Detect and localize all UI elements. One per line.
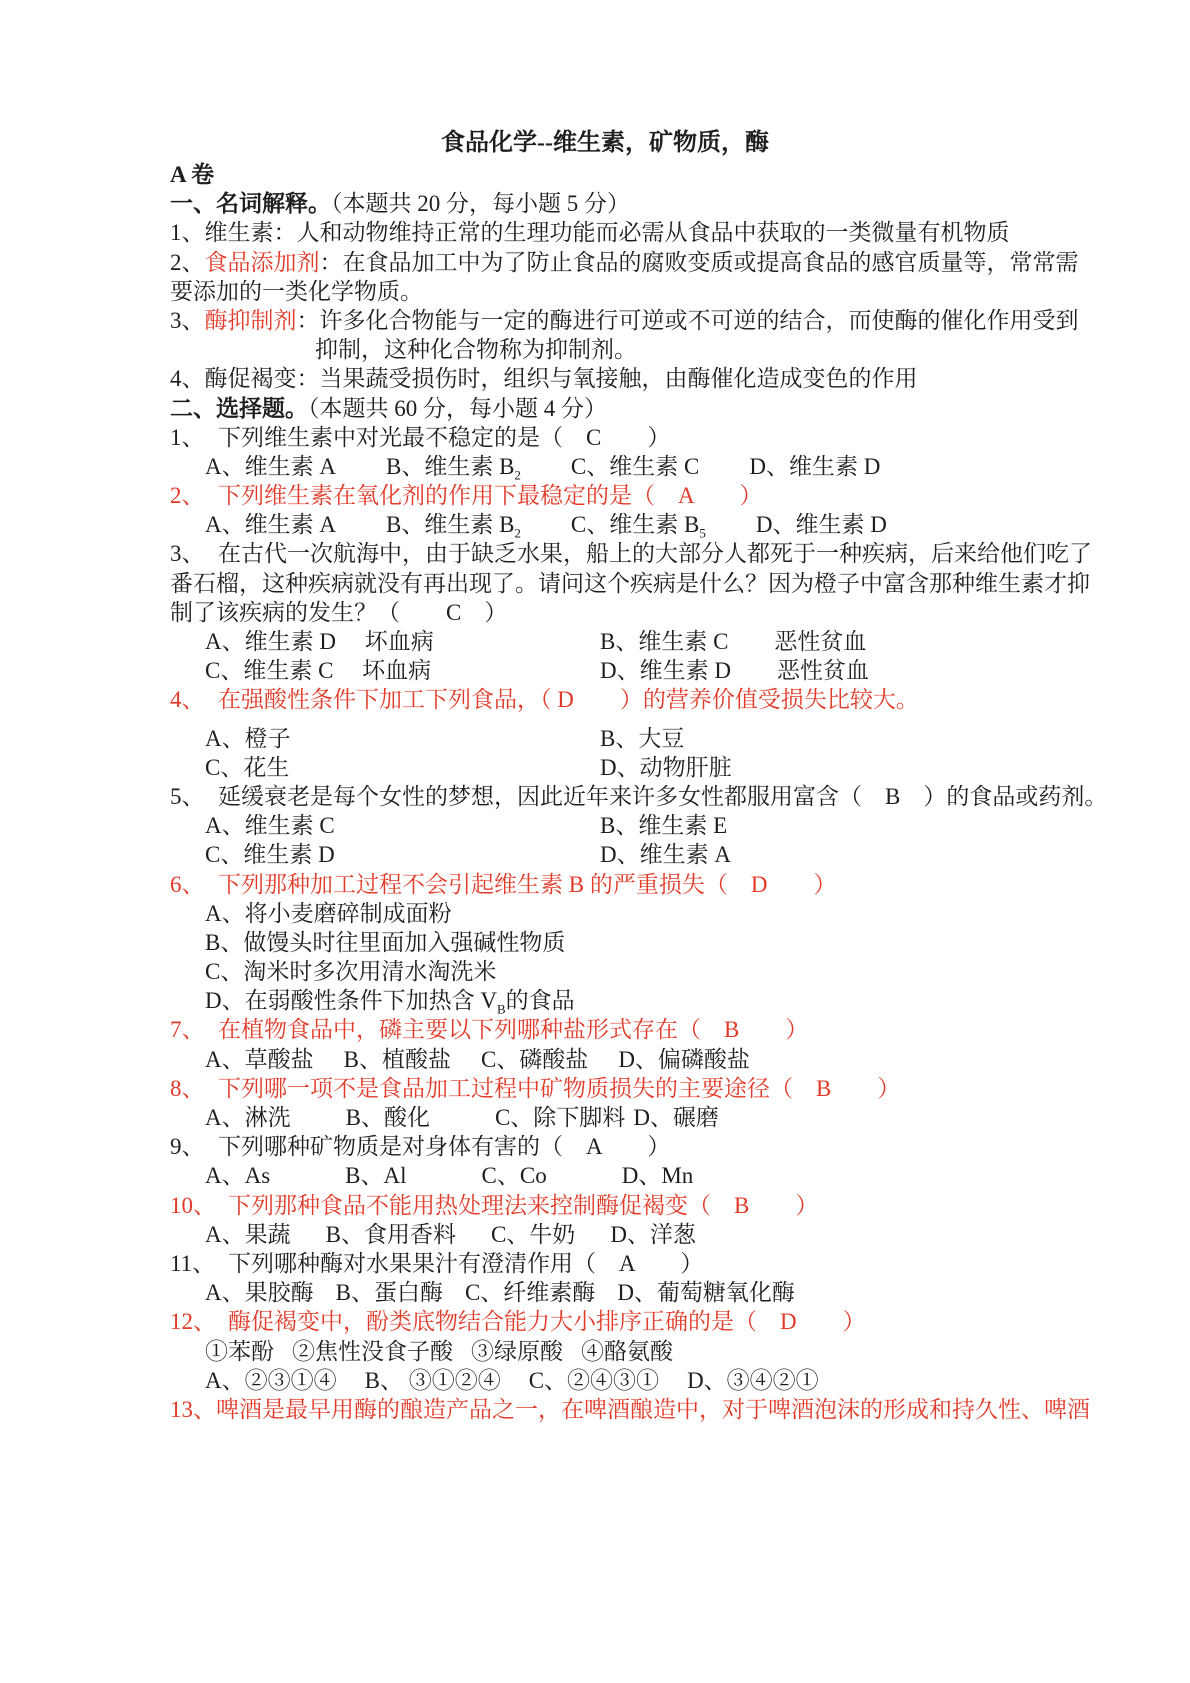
option-d: D、Mn (622, 1163, 694, 1188)
question-3-options-row-2: C、维生素 C 坏血病D、维生素 D 恶性贫血 (170, 656, 1040, 685)
option-c: C、磷酸盐 (481, 1047, 588, 1072)
option-c: C、维生素 C (571, 454, 699, 479)
question-8-num: 8、 (170, 1074, 218, 1103)
option-c: C、Co (482, 1163, 547, 1188)
option-a: A、将小麦磨碎制成面粉 (205, 901, 452, 926)
option-d-text-post: 的食品 (506, 988, 575, 1013)
option-c-text: C、维生素 B (571, 512, 699, 537)
question-7-text: 在植物食品中，磷主要以下列哪种盐形式存在（ B ） (218, 1017, 808, 1042)
option-c: C、维生素 B5 (571, 512, 706, 537)
term-item-4: 4、酶促褐变：当果蔬受损伤时，组织与氧接触，由酶催化造成变色的作用 (170, 364, 1040, 393)
question-10-stem: 10、下列那种食品不能用热处理法来控制酶促褐变（ B ） (170, 1191, 1040, 1220)
option-c: C、维生素 C 坏血病 (205, 656, 600, 685)
term-2-name: 食品添加剂 (205, 250, 320, 275)
question-1-stem: 1、下列维生素中对光最不稳定的是（ C ） (170, 423, 1040, 452)
question-1-text: 下列维生素中对光最不稳定的是（ C ） (218, 425, 670, 450)
option-d: D、偏磷酸盐 (618, 1047, 750, 1072)
question-8-options: A、淋洗B、酸化C、除下脚料D、碾磨 (170, 1103, 1040, 1132)
option-b: B、酸化 (346, 1105, 430, 1130)
question-8-stem: 8、下列哪一项不是食品加工过程中矿物质损失的主要途径（ B ） (170, 1074, 1040, 1103)
substrate-item-1: ①苯酚 (205, 1339, 274, 1364)
question-3-stem-cont2: 制了该疾病的发生？（ C ） (170, 598, 1040, 627)
term-1-definition: 人和动物维持正常的生理功能而必需从食品中获取的一类微量有机物质 (297, 220, 1010, 245)
question-2-text: 下列维生素在氧化剂的作用下最稳定的是（ A ） (218, 483, 762, 508)
option-c: C、花生 (205, 753, 600, 782)
question-5-text: 延缓衰老是每个女性的梦想，因此近年来许多女性都服用富含（ B ）的食品或药剂。 (218, 784, 1107, 809)
question-9-stem: 9、下列哪种矿物质是对身体有害的（ A ） (170, 1132, 1040, 1161)
option-b: B、做馒头时往里面加入强碱性物质 (205, 930, 565, 955)
term-3-colon: ： (297, 308, 320, 333)
question-8-text: 下列哪一项不是食品加工过程中矿物质损失的主要途径（ B ） (218, 1076, 900, 1101)
option-d: D、③④②① (687, 1368, 819, 1393)
option-b-text: B、维生素 B (386, 454, 514, 479)
option-a: A、As (205, 1163, 270, 1188)
question-3-stem: 3、在古代一次航海中，由于缺乏水果，船上的大部分人都死于一种疾病，后来给他们吃了 (170, 539, 1040, 568)
question-5-num: 5、 (170, 782, 218, 811)
question-6-option-b: B、做馒头时往里面加入强碱性物质 (170, 928, 1040, 957)
question-7-stem: 7、在植物食品中，磷主要以下列哪种盐形式存在（ B ） (170, 1015, 1040, 1044)
option-a: A、草酸盐 (205, 1047, 314, 1072)
question-3-text-2: 番石榴，这种疾病就没有再出现了。请问这个疾病是什么？因为橙子中富含那种维生素才抑 (170, 571, 1090, 596)
question-11-text: 下列哪种酶对水果果汁有澄清作用（ A ） (228, 1251, 703, 1276)
option-d: D、葡萄糖氧化酶 (617, 1280, 795, 1305)
term-3-num: 3、 (170, 308, 205, 333)
question-3-options-row-1: A、维生素 D 坏血病B、维生素 C 恶性贫血 (170, 627, 1040, 656)
term-item-3: 3、酶抑制剂：许多化合物能与一定的酶进行可逆或不可逆的结合，而使酶的催化作用受到 (170, 306, 1040, 335)
question-12-items: ①苯酚②焦性没食子酸③绿原酸④酪氨酸 (170, 1337, 1040, 1366)
option-d: D、在弱酸性条件下加热含 VB的食品 (205, 988, 575, 1013)
option-a: A、②③①④ (205, 1368, 337, 1393)
question-5-options-row-2: C、维生素 DD、维生素 A (170, 840, 1040, 869)
option-b: B、Al (345, 1163, 406, 1188)
question-5-stem: 5、延缓衰老是每个女性的梦想，因此近年来许多女性都服用富含（ B ）的食品或药剂… (170, 782, 1040, 811)
term-4-definition: 当果蔬受损伤时，组织与氧接触，由酶催化造成变色的作用 (320, 366, 918, 391)
option-d: D、维生素 A (600, 842, 731, 867)
question-13-num: 13、 (170, 1397, 216, 1422)
question-12-options: A、②③①④B、 ③①②④C、②④③①D、③④②① (170, 1366, 1040, 1395)
question-6-option-d: D、在弱酸性条件下加热含 VB的食品 (170, 986, 1040, 1015)
term-item-2: 2、食品添加剂：在食品加工中为了防止食品的腐败变质或提高食品的感官质量等，常常需 (170, 248, 1040, 277)
question-3-text-1: 在古代一次航海中，由于缺乏水果，船上的大部分人都死于一种疾病，后来给他们吃了 (218, 541, 1092, 566)
option-b: B、维生素 C 恶性贫血 (600, 629, 866, 654)
option-a: A、维生素 D 坏血病 (205, 627, 600, 656)
choice-section-heading: 二、选择题。（本题共 60 分，每小题 4 分） (170, 394, 1040, 423)
option-b-text: B、维生素 B (386, 512, 514, 537)
question-2-num: 2、 (170, 481, 218, 510)
question-4-options-row-1: A、橙子B、大豆 (170, 724, 1040, 753)
term-1-num: 1、 (170, 220, 205, 245)
question-2-stem: 2、下列维生素在氧化剂的作用下最稳定的是（ A ） (170, 481, 1040, 510)
question-13-stem: 13、啤酒是最早用酶的酿造产品之一，在啤酒酿造中，对于啤酒泡沫的形成和持久性、啤… (170, 1395, 1040, 1424)
option-d: D、维生素 D (756, 512, 887, 537)
question-2-options: A、维生素 AB、维生素 B2C、维生素 B5D、维生素 D (170, 510, 1040, 539)
option-c: C、牛奶 (491, 1222, 575, 1247)
option-c: C、淘米时多次用清水淘洗米 (205, 959, 496, 984)
question-4-stem: 4、在强酸性条件下加工下列食品，（ D ）的营养价值受损失比较大。 (170, 685, 1040, 714)
question-11-stem: 11、下列哪种酶对水果果汁有澄清作用（ A ） (170, 1249, 1040, 1278)
option-a: A、淋洗 (205, 1105, 291, 1130)
option-d: D、维生素 D 恶性贫血 (600, 658, 869, 683)
option-c: C、②④③① (529, 1368, 659, 1393)
option-c: C、维生素 D (205, 840, 600, 869)
option-a: A、果蔬 (205, 1222, 291, 1247)
question-12-num: 12、 (170, 1307, 228, 1336)
option-b: B、植酸盐 (344, 1047, 451, 1072)
term-item-2-cont: 要添加的一类化学物质。 (170, 277, 1040, 306)
option-b: B、维生素 B2 (386, 454, 521, 479)
option-d: D、洋葱 (610, 1222, 696, 1247)
question-1-options: A、维生素 AB、维生素 B2C、维生素 CD、维生素 D (170, 452, 1040, 481)
option-c: C、除下脚料 (495, 1105, 625, 1130)
question-6-stem: 6、下列那种加工过程不会引起维生素 B 的严重损失（ D ） (170, 870, 1040, 899)
term-2-definition-cont: 要添加的一类化学物质。 (170, 279, 423, 304)
term-2-colon: ： (320, 250, 343, 275)
question-3-text-3: 制了该疾病的发生？（ C ） (170, 600, 507, 625)
option-a: A、橙子 (205, 724, 600, 753)
question-9-text: 下列哪种矿物质是对身体有害的（ A ） (218, 1134, 670, 1159)
question-7-options: A、草酸盐B、植酸盐C、磷酸盐D、偏磷酸盐 (170, 1045, 1040, 1074)
substrate-item-4: ④酪氨酸 (581, 1339, 673, 1364)
option-a: A、维生素 C (205, 811, 600, 840)
terms-heading-label: 一、名词解释。 (170, 191, 331, 216)
substrate-item-2: ②焦性没食子酸 (292, 1339, 453, 1364)
question-4-text: 在强酸性条件下加工下列食品，（ D ）的营养价值受损失比较大。 (218, 687, 919, 712)
question-3-stem-cont: 番石榴，这种疾病就没有再出现了。请问这个疾病是什么？因为橙子中富含那种维生素才抑 (170, 569, 1040, 598)
option-d: D、动物肝脏 (600, 755, 732, 780)
doc-title: 食品化学--维生素，矿物质，酶 (170, 126, 1040, 160)
question-5-options-row-1: A、维生素 CB、维生素 E (170, 811, 1040, 840)
term-4-name: 酶促褐变： (205, 366, 320, 391)
question-6-num: 6、 (170, 870, 218, 899)
question-6-option-a: A、将小麦磨碎制成面粉 (170, 899, 1040, 928)
question-11-options: A、果胶酶B、蛋白酶C、纤维素酶D、葡萄糖氧化酶 (170, 1278, 1040, 1307)
terms-heading-note: （本题共 20 分，每小题 5 分） (331, 191, 630, 216)
question-1-num: 1、 (170, 423, 218, 452)
choice-heading-label: 二、选择题。 (170, 396, 308, 421)
term-4-num: 4、 (170, 366, 205, 391)
question-10-num: 10、 (170, 1191, 228, 1220)
question-3-num: 3、 (170, 539, 218, 568)
choice-heading-note: （本题共 60 分，每小题 4 分） (308, 396, 607, 421)
term-3-name: 酶抑制剂 (205, 308, 297, 333)
question-11-num: 11、 (170, 1249, 228, 1278)
exam-document: 食品化学--维生素，矿物质，酶 A 卷 一、名词解释。（本题共 20 分，每小题… (0, 0, 1190, 1424)
option-d-text: D、在弱酸性条件下加热含 V (205, 988, 497, 1013)
term-item-3-cont: 抑制，这种化合物称为抑制剂。 (170, 335, 1040, 364)
term-1-name: 维生素： (205, 220, 297, 245)
option-a: A、维生素 A (205, 512, 336, 537)
term-item-1: 1、维生素：人和动物维持正常的生理功能而必需从食品中获取的一类微量有机物质 (170, 218, 1040, 247)
option-a: A、果胶酶 (205, 1280, 314, 1305)
option-a: A、维生素 A (205, 454, 336, 479)
substrate-item-3: ③绿原酸 (471, 1339, 563, 1364)
option-b: B、维生素 B2 (386, 512, 521, 537)
term-3-definition: 许多化合物能与一定的酶进行可逆或不可逆的结合，而使酶的催化作用受到 (320, 308, 1079, 333)
question-9-options: A、AsB、AlC、CoD、Mn (170, 1161, 1040, 1190)
term-2-num: 2、 (170, 250, 205, 275)
option-d: D、碾磨 (633, 1105, 719, 1130)
question-10-text: 下列那种食品不能用热处理法来控制酶促褐变（ B ） (228, 1193, 818, 1218)
question-9-num: 9、 (170, 1132, 218, 1161)
question-12-text: 酶促褐变中，酚类底物结合能力大小排序正确的是（ D ） (228, 1309, 866, 1334)
question-7-num: 7、 (170, 1015, 218, 1044)
terms-section-heading: 一、名词解释。（本题共 20 分，每小题 5 分） (170, 189, 1040, 218)
option-b: B、 ③①②④ (365, 1368, 501, 1393)
question-6-option-c: C、淘米时多次用清水淘洗米 (170, 957, 1040, 986)
term-2-definition: 在食品加工中为了防止食品的腐败变质或提高食品的感官质量等，常常需 (343, 250, 1079, 275)
question-4-options-row-2: C、花生D、动物肝脏 (170, 753, 1040, 782)
option-b: B、食用香料 (326, 1222, 456, 1247)
option-b: B、维生素 E (600, 813, 727, 838)
question-6-text: 下列那种加工过程不会引起维生素 B 的严重损失（ D ） (218, 872, 836, 897)
option-b: B、大豆 (600, 726, 684, 751)
option-d: D、维生素 D (749, 454, 880, 479)
option-b: B、蛋白酶 (336, 1280, 443, 1305)
term-3-definition-cont: 抑制，这种化合物称为抑制剂。 (315, 337, 637, 362)
option-c: C、纤维素酶 (465, 1280, 595, 1305)
question-10-options: A、果蔬B、食用香料C、牛奶D、洋葱 (170, 1220, 1040, 1249)
question-4-num: 4、 (170, 685, 218, 714)
question-13-text: 啤酒是最早用酶的酿造产品之一，在啤酒酿造中，对于啤酒泡沫的形成和持久性、啤酒 (216, 1397, 1090, 1422)
question-12-stem: 12、酶促褐变中，酚类底物结合能力大小排序正确的是（ D ） (170, 1307, 1040, 1336)
paper-label: A 卷 (170, 160, 1040, 189)
